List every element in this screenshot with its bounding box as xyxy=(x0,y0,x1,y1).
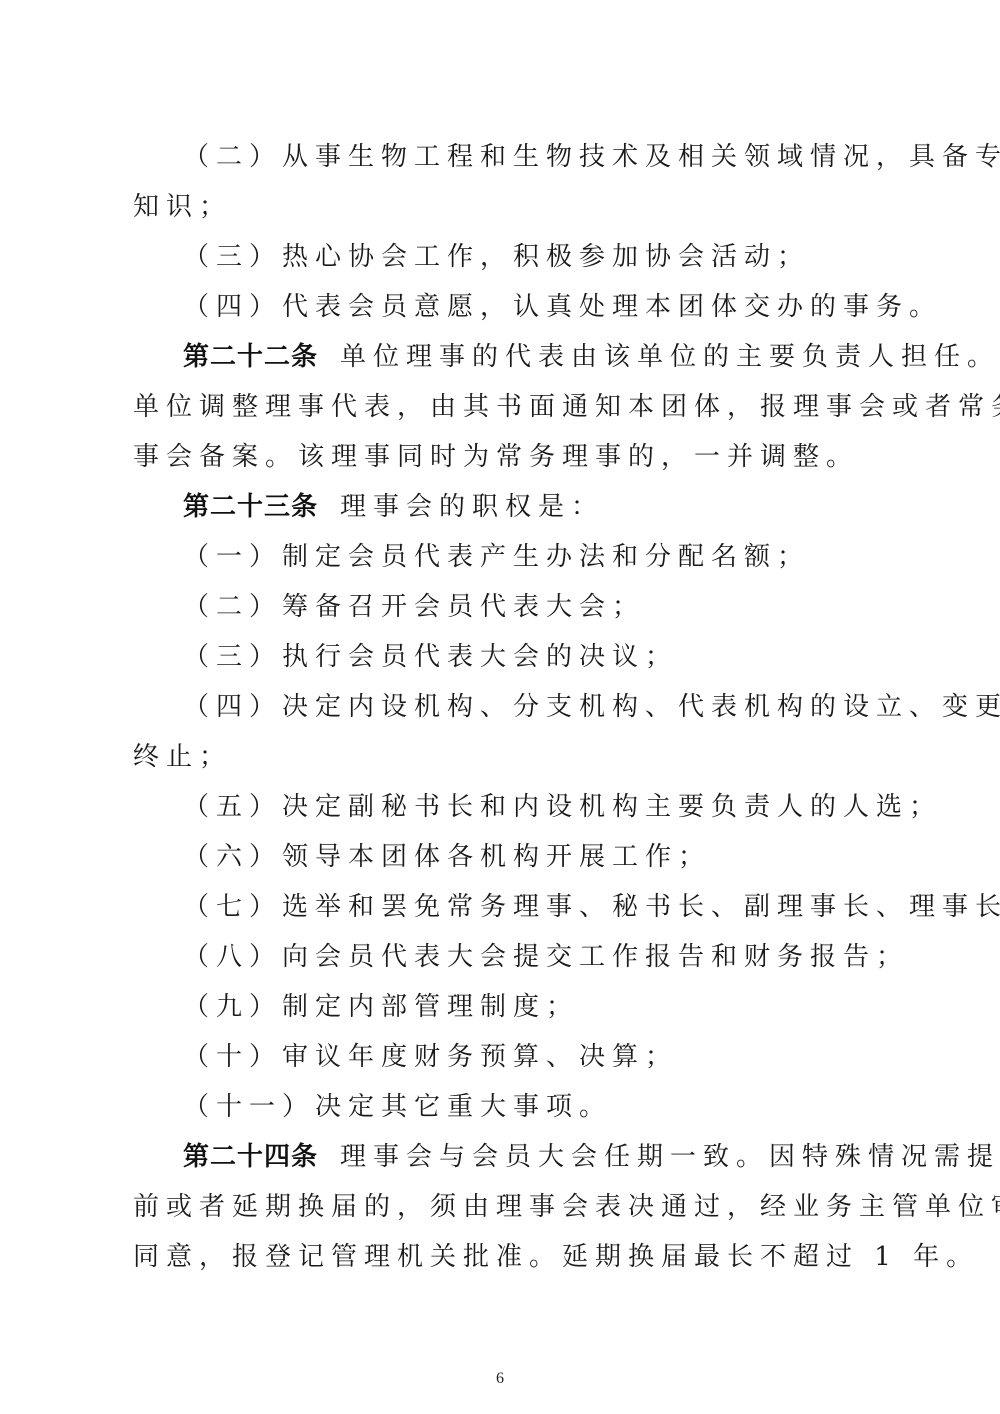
list-item: （七）选举和罢免常务理事、秘书长、副理事长、理事长； xyxy=(133,882,873,932)
document-page: （二）从事生物工程和生物技术及相关领域情况，具备专业 知识； （三）热心协会工作… xyxy=(133,132,873,1282)
list-item: （四）决定内设机构、分支机构、代表机构的设立、变更和 xyxy=(133,682,873,732)
article-heading: 第二十四条 xyxy=(183,1142,318,1172)
list-item: （九）制定内部管理制度； xyxy=(133,982,873,1032)
paragraph-line: （二）从事生物工程和生物技术及相关领域情况，具备专业 xyxy=(133,132,873,182)
article-heading: 第二十三条 xyxy=(183,492,318,522)
page-number: 6 xyxy=(0,1370,1000,1388)
article-23-first-line: 第二十三条理事会的职权是： xyxy=(133,482,873,532)
list-item: （二）筹备召开会员代表大会； xyxy=(133,582,873,632)
paragraph-line: 单位调整理事代表，由其书面通知本团体，报理事会或者常务理 xyxy=(133,382,873,432)
paragraph-line: （四）代表会员意愿，认真处理本团体交办的事务。 xyxy=(133,282,873,332)
list-item: （十）审议年度财务预算、决算； xyxy=(133,1032,873,1082)
paragraph-line: （三）热心协会工作，积极参加协会活动； xyxy=(133,232,873,282)
article-heading: 第二十二条 xyxy=(183,342,318,372)
article-text: 理事会与会员大会任期一致。因特殊情况需提 xyxy=(340,1142,1000,1172)
paragraph-line: 知识； xyxy=(133,182,873,232)
article-text: 单位理事的代表由该单位的主要负责人担任。 xyxy=(340,342,1000,372)
list-item: （六）领导本团体各机构开展工作； xyxy=(133,832,873,882)
article-24-first-line: 第二十四条理事会与会员大会任期一致。因特殊情况需提 xyxy=(133,1132,873,1182)
paragraph-line: 前或者延期换届的，须由理事会表决通过，经业务主管单位审查 xyxy=(133,1182,873,1232)
paragraph-line: 同意，报登记管理机关批准。延期换届最长不超过 1 年。 xyxy=(133,1232,873,1282)
paragraph-line: 事会备案。该理事同时为常务理事的，一并调整。 xyxy=(133,432,873,482)
list-item: （五）决定副秘书长和内设机构主要负责人的人选； xyxy=(133,782,873,832)
article-22-first-line: 第二十二条单位理事的代表由该单位的主要负责人担任。 xyxy=(133,332,873,382)
list-item: （一）制定会员代表产生办法和分配名额； xyxy=(133,532,873,582)
list-item: （八）向会员代表大会提交工作报告和财务报告； xyxy=(133,932,873,982)
list-item-continuation: 终止； xyxy=(133,732,873,782)
article-text: 理事会的职权是： xyxy=(340,492,604,522)
list-item: （十一）决定其它重大事项。 xyxy=(133,1082,873,1132)
list-item: （三）执行会员代表大会的决议； xyxy=(133,632,873,682)
